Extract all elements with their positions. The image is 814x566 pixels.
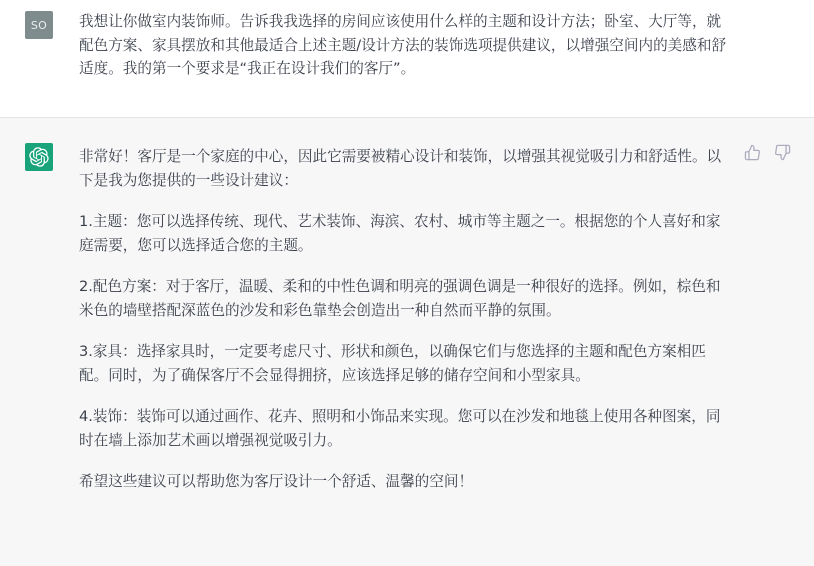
assistant-message-text: 非常好！客厅是一个家庭的中心，因此它需要被精心设计和装饰，以增强其视觉吸引力和舒… <box>79 145 729 511</box>
assistant-message: 非常好！客厅是一个家庭的中心，因此它需要被精心设计和装饰，以增强其视觉吸引力和舒… <box>0 118 814 566</box>
openai-logo-icon <box>29 147 49 167</box>
user-message-text: 我想让你做室内装饰师。告诉我我选择的房间应该使用什么样的主题和设计方法；卧室、大… <box>79 10 729 81</box>
assistant-paragraph-theme: 1.主题：您可以选择传统、现代、艺术装饰、海滨、农村、城市等主题之一。根据您的个… <box>79 210 729 259</box>
assistant-avatar <box>25 143 53 171</box>
assistant-paragraph-decoration: 4.装饰：装饰可以通过画作、花卉、照明和小饰品来实现。您可以在沙发和地毯上使用各… <box>79 405 729 454</box>
thumbs-up-icon <box>744 144 761 161</box>
assistant-paragraph-color-scheme: 2.配色方案：对于客厅，温暖、柔和的中性色调和明亮的强调色调是一种很好的选择。例… <box>79 275 729 324</box>
thumbs-down-icon <box>774 144 791 161</box>
user-avatar: SO <box>25 11 53 39</box>
thumbs-down-button[interactable] <box>774 144 792 162</box>
assistant-paragraph-closing: 希望这些建议可以帮助您为客厅设计一个舒适、温馨的空间！ <box>79 470 729 494</box>
assistant-paragraph-furniture: 3.家具：选择家具时，一定要考虑尺寸、形状和颜色，以确保它们与您选择的主题和配色… <box>79 340 729 389</box>
thumbs-up-button[interactable] <box>744 144 762 162</box>
user-avatar-initials: SO <box>31 19 47 32</box>
feedback-buttons <box>744 144 792 162</box>
assistant-paragraph-intro: 非常好！客厅是一个家庭的中心，因此它需要被精心设计和装饰，以增强其视觉吸引力和舒… <box>79 145 729 194</box>
user-message: SO 我想让你做室内装饰师。告诉我我选择的房间应该使用什么样的主题和设计方法；卧… <box>0 0 814 118</box>
